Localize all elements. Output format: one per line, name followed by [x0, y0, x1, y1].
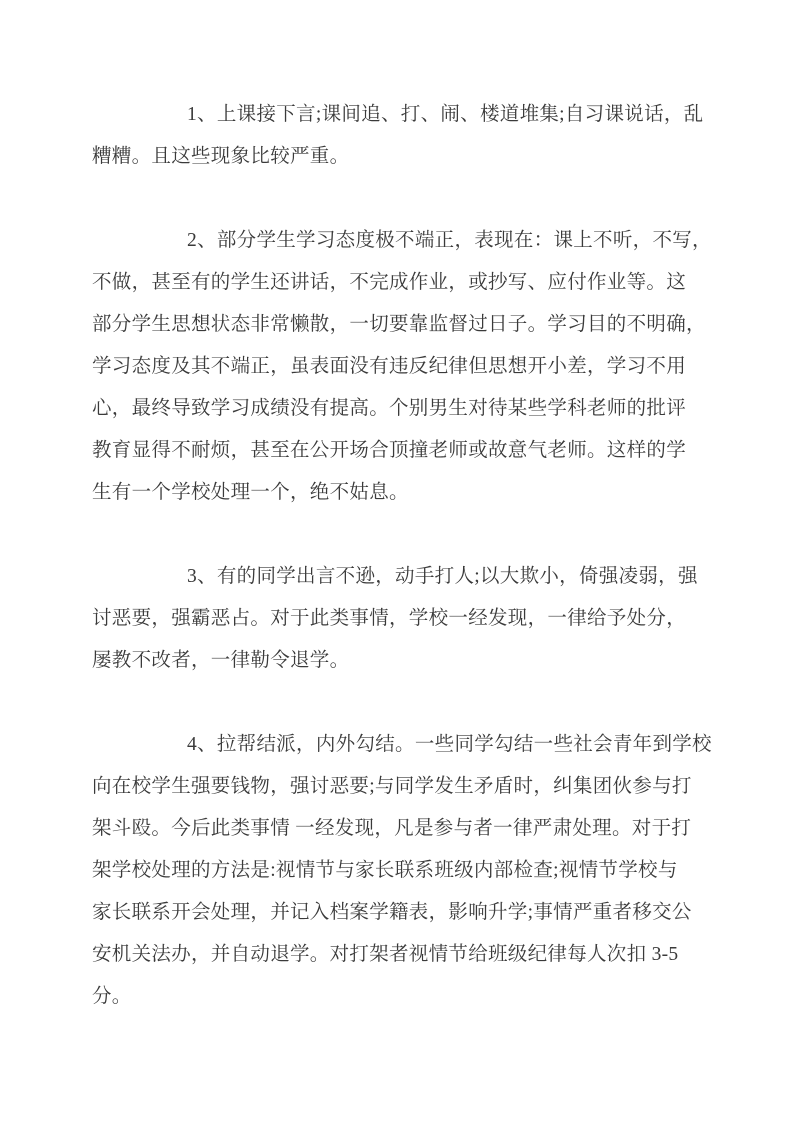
paragraph-3: 3、有的同学出言不逊，动手打人;以大欺小，倚强凌弱，强讨恶要，强霸恶占。对于此类… — [92, 556, 705, 682]
text-line: 3、有的同学出言不逊，动手打人;以大欺小，倚强凌弱，强 — [92, 556, 705, 598]
text-line: 向在校学生强要钱物，强讨恶要;与同学发生矛盾时，纠集团伙参与打 — [92, 766, 705, 808]
document-page: 1、上课接下言;课间追、打、闹、楼道堆集;自习课说话，乱糟糟。且这些现象比较严重… — [0, 0, 793, 1122]
text-line: 安机关法办，并自动退学。对打架者视情节给班级纪律每人次扣 3-5 — [92, 934, 705, 976]
text-line: 糟糟。且这些现象比较严重。 — [92, 136, 705, 178]
paragraph-2: 2、部分学生学习态度极不端正，表现在：课上不听，不写，不做，甚至有的学生还讲话，… — [92, 220, 705, 514]
text-line: 架学校处理的方法是:视情节与家长联系班级内部检查;视情节学校与 — [92, 850, 705, 892]
text-line: 学习态度及其不端正，虽表面没有违反纪律但思想开小差，学习不用 — [92, 346, 705, 388]
paragraph-1: 1、上课接下言;课间追、打、闹、楼道堆集;自习课说话，乱糟糟。且这些现象比较严重… — [92, 94, 705, 178]
text-line: 1、上课接下言;课间追、打、闹、楼道堆集;自习课说话，乱 — [92, 94, 705, 136]
text-line: 家长联系开会处理，并记入档案学籍表，影响升学;事情严重者移交公 — [92, 892, 705, 934]
text-line: 生有一个学校处理一个，绝不姑息。 — [92, 472, 705, 514]
text-line: 部分学生思想状态非常懒散，一切要靠监督过日子。学习目的不明确， — [92, 304, 705, 346]
text-line: 心，最终导致学习成绩没有提高。个别男生对待某些学科老师的批评 — [92, 388, 705, 430]
text-line: 讨恶要，强霸恶占。对于此类事情，学校一经发现，一律给予处分， — [92, 598, 705, 640]
text-line: 架斗殴。今后此类事情 一经发现，凡是参与者一律严肃处理。对于打 — [92, 808, 705, 850]
document-body: 1、上课接下言;课间追、打、闹、楼道堆集;自习课说话，乱糟糟。且这些现象比较严重… — [92, 94, 705, 1018]
text-line: 分。 — [92, 976, 705, 1018]
text-line: 2、部分学生学习态度极不端正，表现在：课上不听，不写， — [92, 220, 705, 262]
text-line: 不做，甚至有的学生还讲话，不完成作业，或抄写、应付作业等。这 — [92, 262, 705, 304]
text-line: 教育显得不耐烦，甚至在公开场合顶撞老师或故意气老师。这样的学 — [92, 430, 705, 472]
text-line: 4、拉帮结派，内外勾结。一些同学勾结一些社会青年到学校 — [92, 724, 705, 766]
paragraph-4: 4、拉帮结派，内外勾结。一些同学勾结一些社会青年到学校向在校学生强要钱物，强讨恶… — [92, 724, 705, 1018]
text-line: 屡教不改者，一律勒令退学。 — [92, 640, 705, 682]
